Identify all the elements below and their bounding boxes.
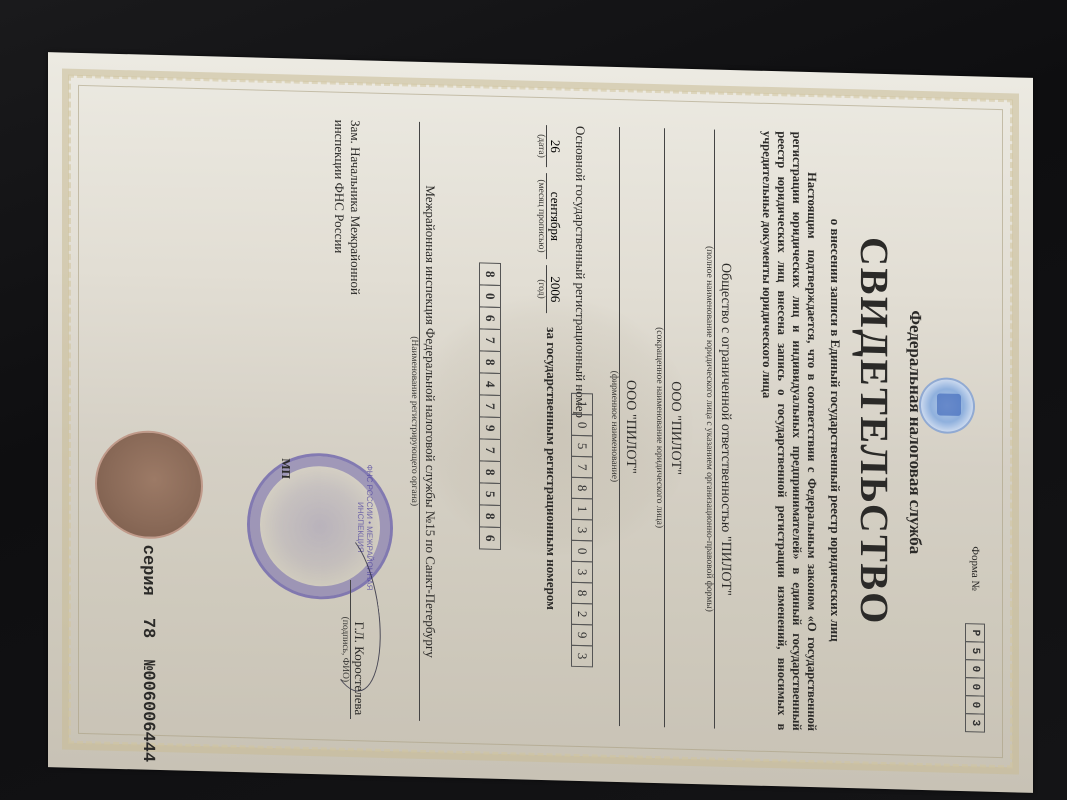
certificate-paper: Форма № Р50003 Федеральная налоговая слу…: [48, 52, 1033, 793]
statement-paragraph: Настоящим подтверждается, что в соответс…: [759, 131, 819, 732]
ogrn-digit: 2: [571, 603, 593, 626]
date-year: 2006 (год): [536, 265, 563, 314]
full-name-value: Общество с ограниченной ответственностью…: [714, 130, 733, 729]
grn-digit: 8: [479, 504, 501, 528]
ogrn-digit: 3: [571, 645, 593, 668]
full-name-caption: (полное наименование юридического лица с…: [704, 129, 714, 728]
grn-digit: 0: [479, 284, 501, 308]
grn-digit: 8: [479, 350, 501, 374]
grn-digit: 9: [479, 416, 501, 440]
grn-digit: 8: [479, 460, 501, 484]
ogrn-digit: 3: [571, 519, 593, 542]
form-code: Р50003: [965, 624, 985, 733]
ogrn-digit: 8: [571, 477, 593, 500]
short-name-value: ООО "ПИЛОТ": [664, 128, 683, 727]
ogrn-digit: 9: [571, 624, 593, 647]
grn-digit: 7: [479, 438, 501, 462]
authority-field: Межрайонная инспекция Федеральной налого…: [409, 122, 438, 722]
grn-digit: 4: [479, 372, 501, 396]
brand-name-value: ООО "ПИЛОТ": [619, 127, 638, 726]
registration-date: 26 (дата) сентября (месяц прописью) 2006…: [536, 125, 563, 320]
agency-name: Федеральная налоговая служба: [905, 75, 925, 791]
full-name-field: Общество с ограниченной ответственностью…: [704, 129, 733, 729]
hologram-seal-icon: [919, 377, 975, 434]
grn-digit: 5: [479, 482, 501, 506]
short-name-caption: (сокращенное наименование юридического л…: [654, 128, 664, 727]
grn-number: 8067847978586: [479, 263, 501, 550]
ogrn-number: 1057813038293: [571, 394, 593, 668]
form-code-digit: 0: [965, 695, 985, 715]
stamp-place-label: МП: [278, 458, 293, 479]
grn-digit: 8: [479, 262, 501, 286]
ogrn-digit: 1: [571, 498, 593, 521]
ogrn-digit: 7: [571, 456, 593, 479]
form-code-digit: 5: [965, 641, 985, 661]
signatory-field: Г.Л. Коростелева (подпись, ФИО): [340, 580, 367, 720]
form-label: Форма №: [969, 546, 981, 591]
serial-number: серия 78 №006006444: [138, 544, 157, 762]
grn-label: за государственным регистрационным номер…: [543, 327, 559, 610]
form-code-digit: 0: [965, 677, 985, 697]
ogrn-digit: 3: [571, 561, 593, 584]
date-day: 26 (дата): [536, 125, 563, 168]
brand-name-caption: (фирменное наименование): [609, 127, 619, 726]
form-code-digit: 0: [965, 659, 985, 679]
document-subtitle: о внесении записи в Единый государственн…: [827, 73, 843, 788]
grn-digit: 7: [479, 394, 501, 418]
brand-name-field: ООО "ПИЛОТ" (фирменное наименование): [609, 127, 638, 727]
form-code-digit: 3: [965, 713, 985, 733]
signatory-name: Г.Л. Коростелева: [350, 580, 367, 719]
short-name-field: ООО "ПИЛОТ" (сокращенное наименование юр…: [654, 128, 683, 728]
ogrn-digit: 5: [571, 435, 593, 458]
grn-digit: 6: [479, 526, 501, 550]
grn-digit: 6: [479, 306, 501, 330]
authority-value: Межрайонная инспекция Федеральной налого…: [419, 122, 438, 721]
authority-caption: (Наименование регистрирующего органа): [409, 122, 419, 721]
statement-start: Настоящим: [805, 172, 819, 239]
ogrn-label: Основной государственный регистрационный…: [572, 126, 588, 418]
grn-digit: 7: [479, 328, 501, 352]
ogrn-digit: 8: [571, 582, 593, 605]
signatory-caption: (подпись, ФИО): [340, 580, 350, 719]
ogrn-digit: 0: [571, 540, 593, 563]
form-code-digit: Р: [965, 623, 985, 643]
ogrn-digit: 0: [571, 414, 593, 437]
document-title: СВИДЕТЕЛЬСТВО: [851, 73, 898, 789]
ogrn-digit: 1: [571, 393, 593, 416]
signatory-title: Зам. Начальника Межрайонной инспекции ФН…: [331, 120, 363, 296]
date-month: сентября (месяц прописью): [536, 173, 563, 260]
